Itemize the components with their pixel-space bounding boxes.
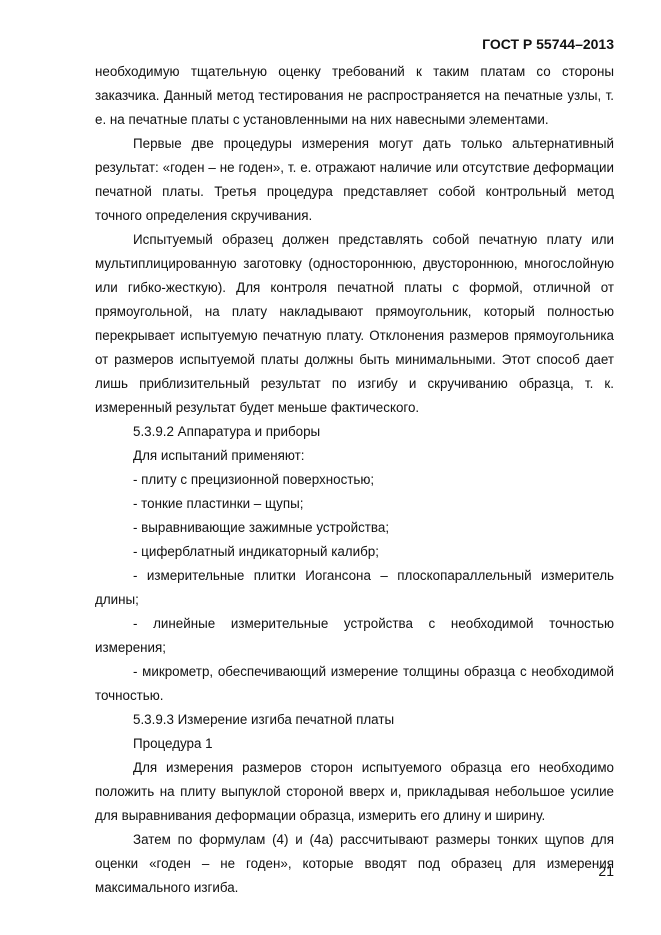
- list-item-dial-gauge: - циферблатный индикаторный калибр;: [95, 540, 614, 564]
- paragraph-continuation: необходимую тщательную оценку требований…: [95, 60, 614, 132]
- paragraph-procedure-1-formulas: Затем по формулам (4) и (4а) рассчитываю…: [95, 828, 614, 900]
- section-heading-5393: 5.3.9.3 Измерение изгиба печатной платы: [95, 708, 614, 732]
- paragraph-test-sample: Испытуемый образец должен представлять с…: [95, 228, 614, 420]
- page-number: 21: [598, 863, 614, 879]
- document-header-id: ГОСТ Р 55744–2013: [482, 36, 614, 52]
- section-heading-5392: 5.3.9.2 Аппаратура и приборы: [95, 420, 614, 444]
- paragraph-procedure-1-measure: Для измерения размеров сторон испытуемог…: [95, 756, 614, 828]
- list-item-plate: - плиту с прецизионной поверхностью;: [95, 468, 614, 492]
- list-item-micrometer: - микрометр, обеспечивающий измерение то…: [95, 660, 614, 708]
- list-item-gauge-blocks: - измерительные плитки Иогансона – плоск…: [95, 564, 614, 612]
- procedure-heading-1: Процедура 1: [95, 732, 614, 756]
- paragraph-procedures-result: Первые две процедуры измерения могут дат…: [95, 132, 614, 228]
- list-item-clamps: - выравнивающие зажимные устройства;: [95, 516, 614, 540]
- list-item-feelers: - тонкие пластинки – щупы;: [95, 492, 614, 516]
- list-item-linear-devices: - линейные измерительные устройства с не…: [95, 612, 614, 660]
- paragraph-equipment-intro: Для испытаний применяют:: [95, 444, 614, 468]
- document-body: необходимую тщательную оценку требований…: [95, 60, 614, 900]
